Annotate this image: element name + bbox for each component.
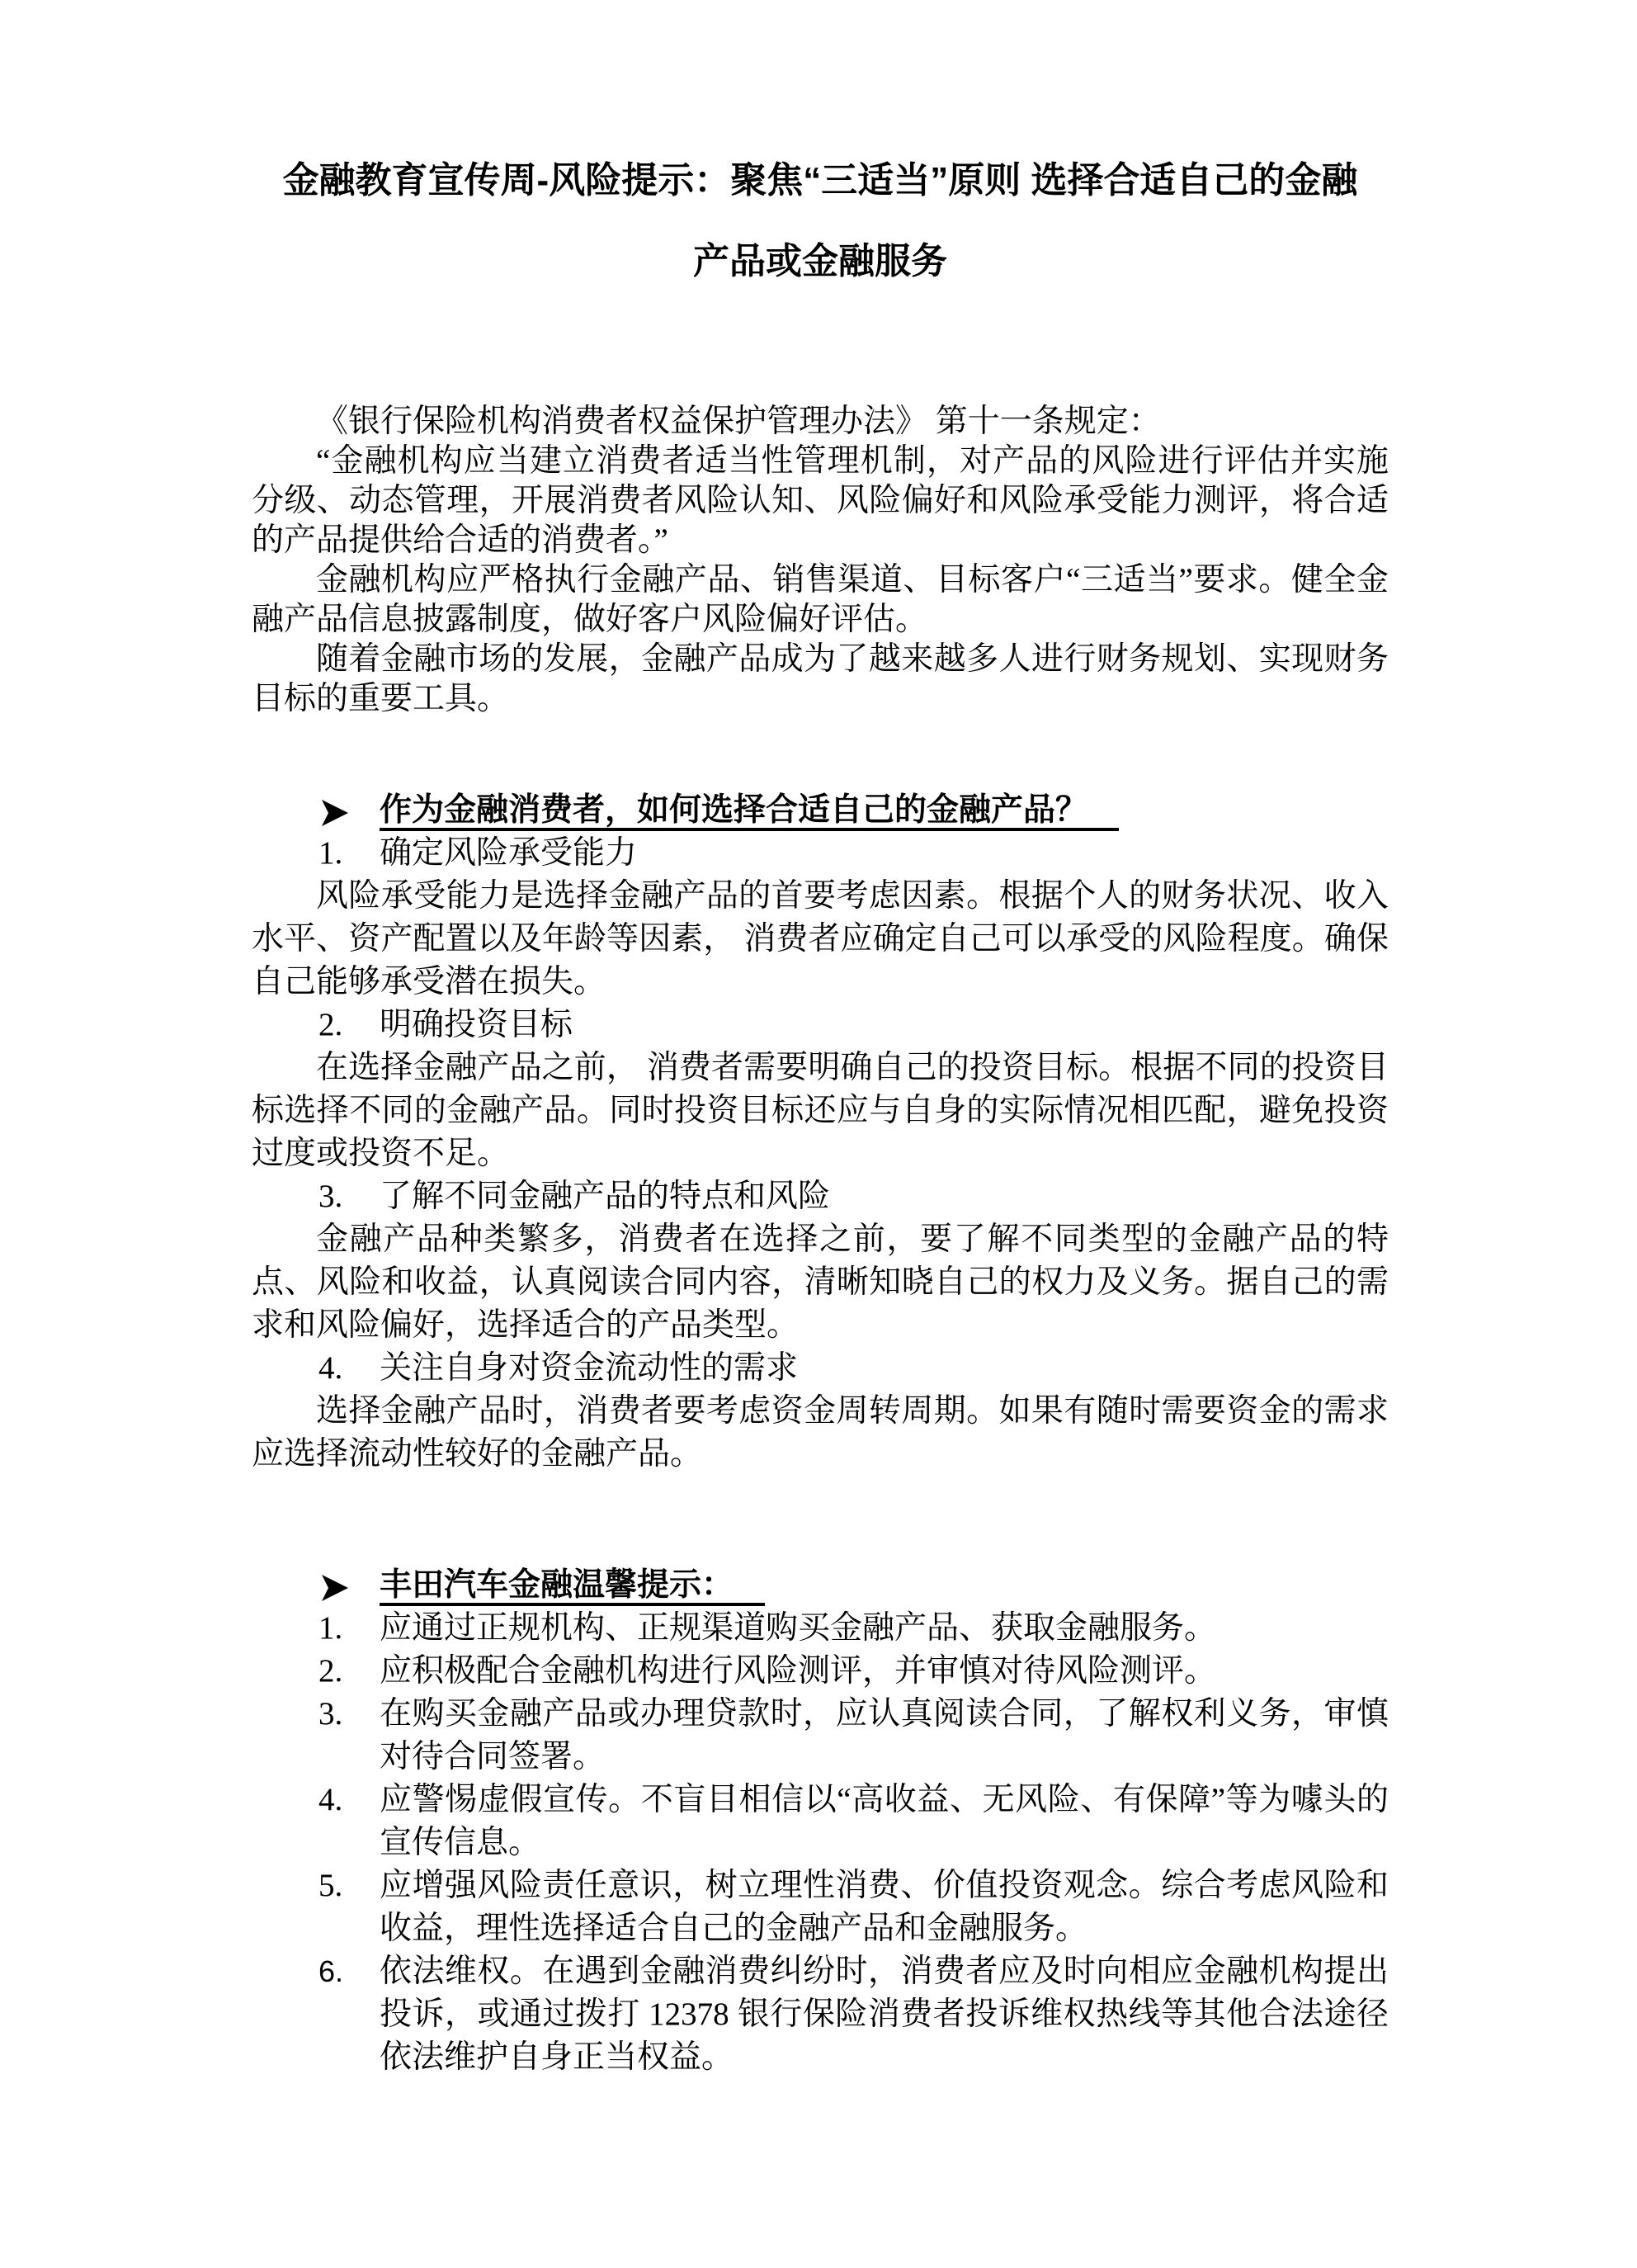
item-text: 应积极配合金融机构进行风险测评，并审慎对待风险测评。 xyxy=(380,1653,1216,1689)
item-title-text: 明确投资目标 xyxy=(380,1007,573,1042)
item-text: 应警惕虚假宣传。不盲目相信以“高收益、无风险、有保障”等为噱头的宣传信息。 xyxy=(380,1782,1389,1860)
title-line-2: 产品或金融服务 xyxy=(215,221,1426,302)
item-number: 4. xyxy=(318,1779,342,1821)
item-text: 依法维权。在遇到金融消费纠纷时，消费者应及时向相应金融机构提出投诉，或通过拨打 … xyxy=(380,1954,1389,2075)
document-page: 金融教育宣传周-风险提示：聚焦“三适当”原则 选择合适自己的金融 产品或金融服务… xyxy=(0,0,1637,2268)
arrowhead-bullet-icon xyxy=(318,796,351,829)
item-number: 1. xyxy=(318,1607,342,1650)
item-title-text: 关注自身对资金流动性的需求 xyxy=(380,1350,798,1386)
title-line-1: 金融教育宣传周-风险提示：聚焦“三适当”原则 选择合适自己的金融 xyxy=(215,140,1426,221)
section2-heading: 丰田汽车金融温馨提示： xyxy=(252,1564,1389,1607)
item-number: 2. xyxy=(318,1650,342,1693)
list-item-title: 1. 确定风险承受能力 xyxy=(252,832,1389,875)
arrowhead-bullet-icon xyxy=(318,1571,351,1604)
item-title-text: 确定风险承受能力 xyxy=(380,835,637,871)
item-text: 在购买金融产品或办理贷款时，应认真阅读合同，了解权利义务，审慎对待合同签署。 xyxy=(380,1696,1389,1774)
paragraph-three-suitability: 金融机构应严格执行金融产品、销售渠道、目标客户“三适当”要求。健全金融产品信息披… xyxy=(252,560,1389,640)
list-item-title: 2. 明确投资目标 xyxy=(252,1004,1389,1047)
list-item-title: 3. 了解不同金融产品的特点和风险 xyxy=(252,1175,1389,1218)
section1-heading: 作为金融消费者，如何选择合适自己的金融产品？ xyxy=(252,789,1389,832)
item-paragraph: 风险承受能力是选择金融产品的首要考虑因素。根据个人的财务状况、收入水平、资产配置… xyxy=(252,875,1389,1004)
list-item: 1. 应通过正规机构、正规渠道购买金融产品、获取金融服务。 xyxy=(252,1607,1389,1650)
item-number: 6. xyxy=(318,1950,343,1993)
paragraph-regulation-quote: “金融机构应当建立消费者适当性管理机制，对产品的风险进行评估并实施分级、动态管理… xyxy=(252,442,1389,560)
item-paragraph: 在选择金融产品之前， 消费者需要明确自己的投资目标。根据不同的投资目标选择不同的… xyxy=(252,1047,1389,1175)
item-title-text: 了解不同金融产品的特点和风险 xyxy=(380,1179,830,1214)
item-number: 1. xyxy=(318,832,342,875)
document-title: 金融教育宣传周-风险提示：聚焦“三适当”原则 选择合适自己的金融 产品或金融服务 xyxy=(215,140,1426,302)
item-paragraph: 选择金融产品时，消费者要考虑资金周转周期。如果有随时需要资金的需求应选择流动性较… xyxy=(252,1390,1389,1476)
document-body: 《银行保险机构消费者权益保护管理办法》 第十一条规定： “金融机构应当建立消费者… xyxy=(252,402,1389,2079)
item-number: 3. xyxy=(318,1693,342,1736)
list-item-title: 4. 关注自身对资金流动性的需求 xyxy=(252,1347,1389,1390)
item-text: 应通过正规机构、正规渠道购买金融产品、获取金融服务。 xyxy=(380,1610,1216,1646)
item-number: 3. xyxy=(318,1175,342,1218)
item-text: 应增强风险责任意识，树立理性消费、价值投资观念。综合考虑风险和收益，理性选择适合… xyxy=(380,1868,1389,1946)
list-item: 6. 依法维权。在遇到金融消费纠纷时，消费者应及时向相应金融机构提出投诉，或通过… xyxy=(252,1950,1389,2079)
section1-heading-text: 作为金融消费者，如何选择合适自己的金融产品？ xyxy=(380,792,1119,831)
item-paragraph: 金融产品种类繁多，消费者在选择之前，要了解不同类型的金融产品的特点、风险和收益，… xyxy=(252,1218,1389,1347)
item-number: 2. xyxy=(318,1004,342,1047)
section2-heading-text: 丰田汽车金融温馨提示： xyxy=(380,1567,765,1606)
item-number: 4. xyxy=(318,1347,342,1390)
list-item: 5. 应增强风险责任意识，树立理性消费、价值投资观念。综合考虑风险和收益，理性选… xyxy=(252,1864,1389,1950)
list-item: 4. 应警惕虚假宣传。不盲目相信以“高收益、无风险、有保障”等为噱头的宣传信息。 xyxy=(252,1779,1389,1864)
list-item: 3. 在购买金融产品或办理贷款时，应认真阅读合同，了解权利义务，审慎对待合同签署… xyxy=(252,1693,1389,1779)
item-number: 5. xyxy=(318,1864,342,1907)
list-item: 2. 应积极配合金融机构进行风险测评，并审慎对待风险测评。 xyxy=(252,1650,1389,1693)
paragraph-regulation-reference: 《银行保险机构消费者权益保护管理办法》 第十一条规定： xyxy=(252,402,1389,442)
paragraph-market-development: 随着金融市场的发展，金融产品成为了越来越多人进行财务规划、实现财务目标的重要工具… xyxy=(252,640,1389,719)
